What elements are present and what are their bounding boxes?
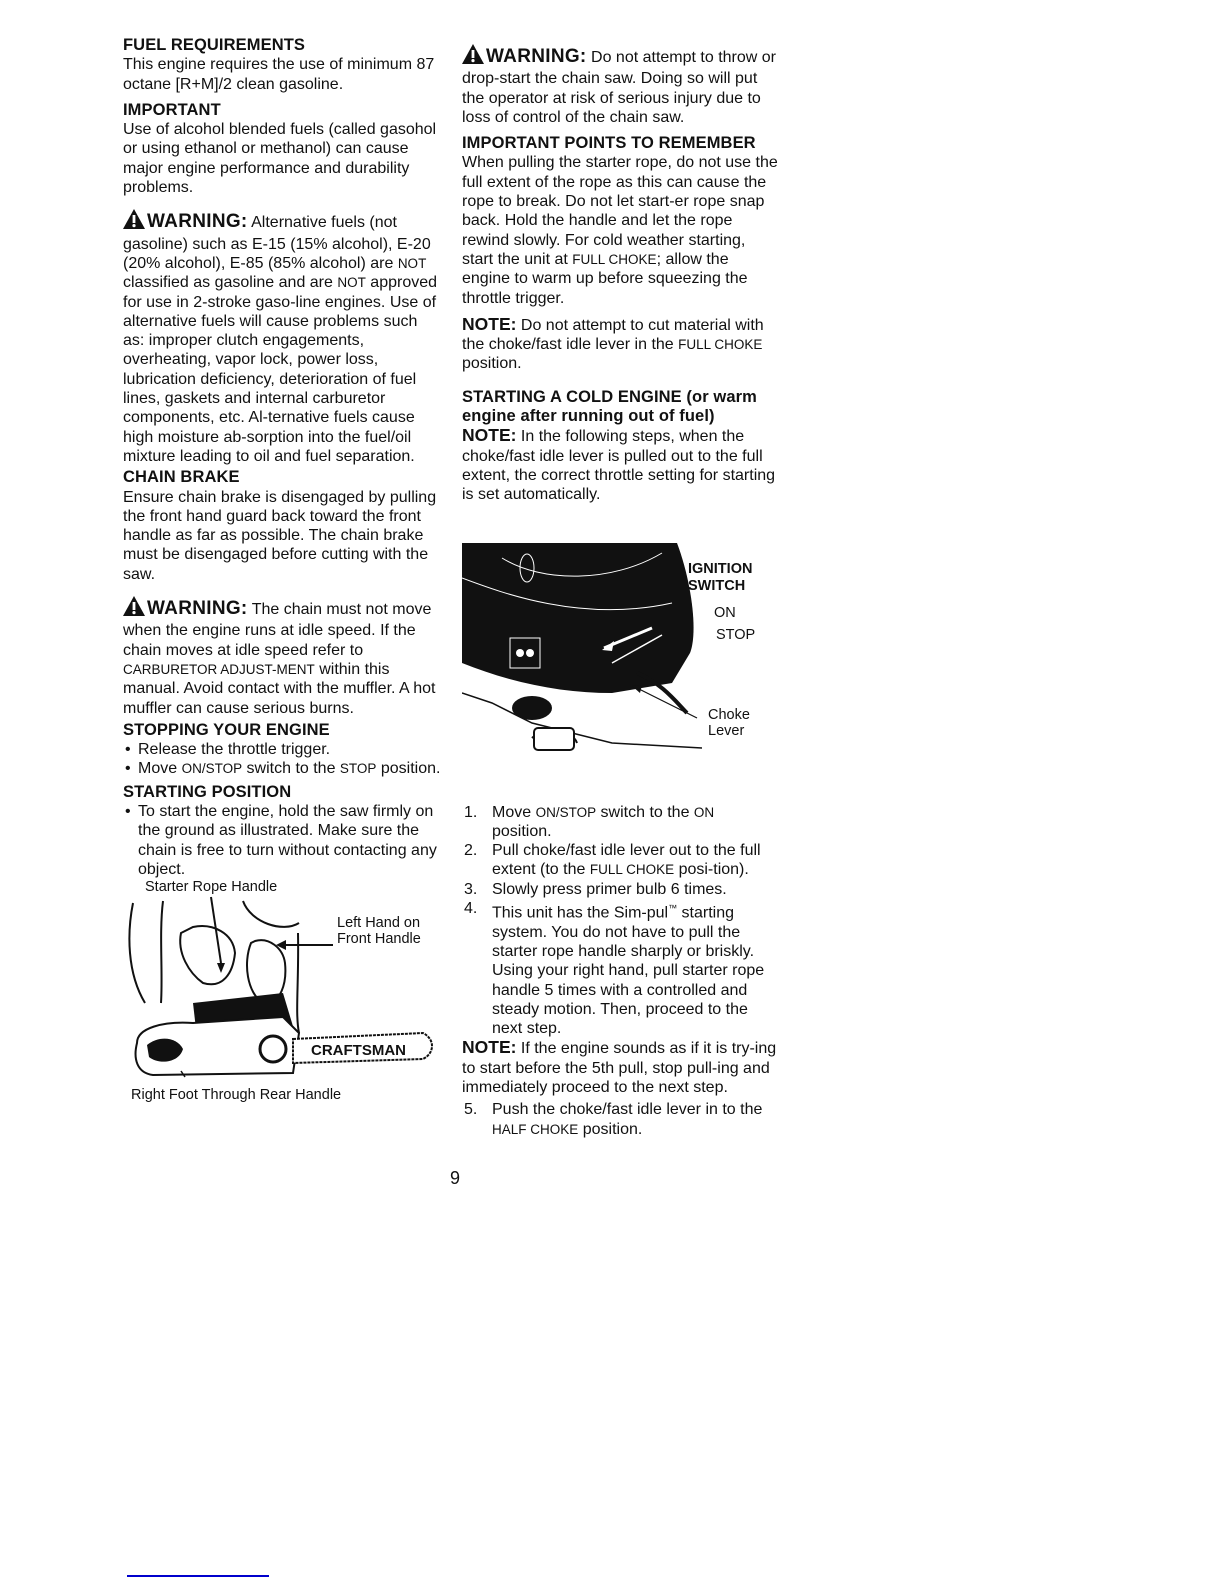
warning-not-emphasis: NOT	[398, 256, 427, 271]
note-throttle-setting: NOTE: In the following steps, when the c…	[462, 426, 778, 504]
warning-label: WARNING:	[486, 46, 587, 67]
ignition-switch-label: IGNITION SWITCH	[688, 561, 768, 595]
chain-brake-heading: CHAIN BRAKE	[123, 468, 443, 487]
list-item: 5.Push the choke/fast idle lever in to t…	[462, 1100, 778, 1139]
chainsaw-starting-illustration: CRAFTSMAN	[123, 893, 433, 1078]
warning-chain-idle: WARNING: The chain must not move when th…	[123, 596, 443, 718]
warning-text: classified as gasoline and are	[123, 274, 337, 291]
warning-triangle-icon	[123, 596, 145, 621]
list-item: 2.Pull choke/fast idle lever out to the …	[462, 841, 778, 880]
note-full-choke: NOTE: Do not attempt to cut material wit…	[462, 315, 778, 374]
on-label: ON	[714, 605, 736, 621]
list-item: 4.This unit has the Sim-pul™ starting sy…	[462, 899, 778, 1038]
list-item: To start the engine, hold the saw firmly…	[123, 802, 443, 879]
warning-text: approved for use in 2-stroke gaso-line e…	[123, 274, 437, 465]
right-column: WARNING: Do not attempt to throw or drop…	[462, 36, 778, 1139]
carburetor-adjustment-reference: CARBURETOR ADJUST-MENT	[123, 662, 315, 677]
footer-link-underline	[127, 1575, 269, 1577]
list-item: 3.Slowly press primer bulb 6 times.	[462, 880, 778, 899]
starting-position-figure: Starter Rope Handle Left Hand on Front H…	[123, 879, 443, 1104]
list-item: Move ON/STOP switch to the STOP position…	[123, 759, 443, 778]
warning-label: WARNING:	[147, 598, 248, 619]
page-number: 9	[450, 1168, 460, 1189]
svg-text:CRAFTSMAN: CRAFTSMAN	[311, 1042, 406, 1059]
left-column: FUEL REQUIREMENTS This engine requires t…	[123, 36, 443, 1104]
note-try-start: NOTE: If the engine sounds as if it is t…	[462, 1038, 778, 1097]
ignition-switch-illustration	[462, 543, 702, 753]
stopping-engine-list: Release the throttle trigger. Move ON/ST…	[123, 740, 443, 779]
chain-brake-body: Ensure chain brake is disengaged by pull…	[123, 488, 443, 584]
starting-steps-list: 1.Move ON/STOP switch to the ON position…	[462, 803, 778, 1039]
list-item: Release the throttle trigger.	[123, 740, 443, 759]
stopping-engine-heading: STOPPING YOUR ENGINE	[123, 721, 443, 740]
choke-lever-label: Choke Lever	[708, 707, 768, 739]
important-points-body: When pulling the starter rope, do not us…	[462, 153, 778, 307]
starting-steps-list-continued: 5.Push the choke/fast idle lever in to t…	[462, 1100, 778, 1139]
warning-not-emphasis: NOT	[337, 275, 366, 290]
fuel-requirements-body: This engine requires the use of minimum …	[123, 55, 443, 94]
warning-alternative-fuels: WARNING: Alternative fuels (not gasoline…	[123, 209, 443, 466]
list-item: 1.Move ON/STOP switch to the ON position…	[462, 803, 778, 842]
important-body: Use of alcohol blended fuels (called gas…	[123, 120, 443, 197]
right-foot-label: Right Foot Through Rear Handle	[131, 1087, 341, 1103]
warning-label: WARNING:	[147, 211, 248, 232]
warning-triangle-icon	[462, 44, 484, 69]
warning-drop-start: WARNING: Do not attempt to throw or drop…	[462, 44, 778, 127]
starting-cold-engine-heading: STARTING A COLD ENGINE (or warm engine a…	[462, 388, 778, 427]
important-heading: IMPORTANT	[123, 101, 443, 120]
warning-triangle-icon	[123, 209, 145, 234]
ignition-switch-figure: IGNITION SWITCH ON STOP Choke Lever	[462, 543, 778, 803]
stop-label: STOP	[716, 627, 755, 643]
starting-position-list: To start the engine, hold the saw firmly…	[123, 802, 443, 879]
fuel-requirements-heading: FUEL REQUIREMENTS	[123, 36, 443, 55]
starting-position-heading: STARTING POSITION	[123, 783, 443, 802]
important-points-heading: IMPORTANT POINTS TO REMEMBER	[462, 134, 778, 153]
